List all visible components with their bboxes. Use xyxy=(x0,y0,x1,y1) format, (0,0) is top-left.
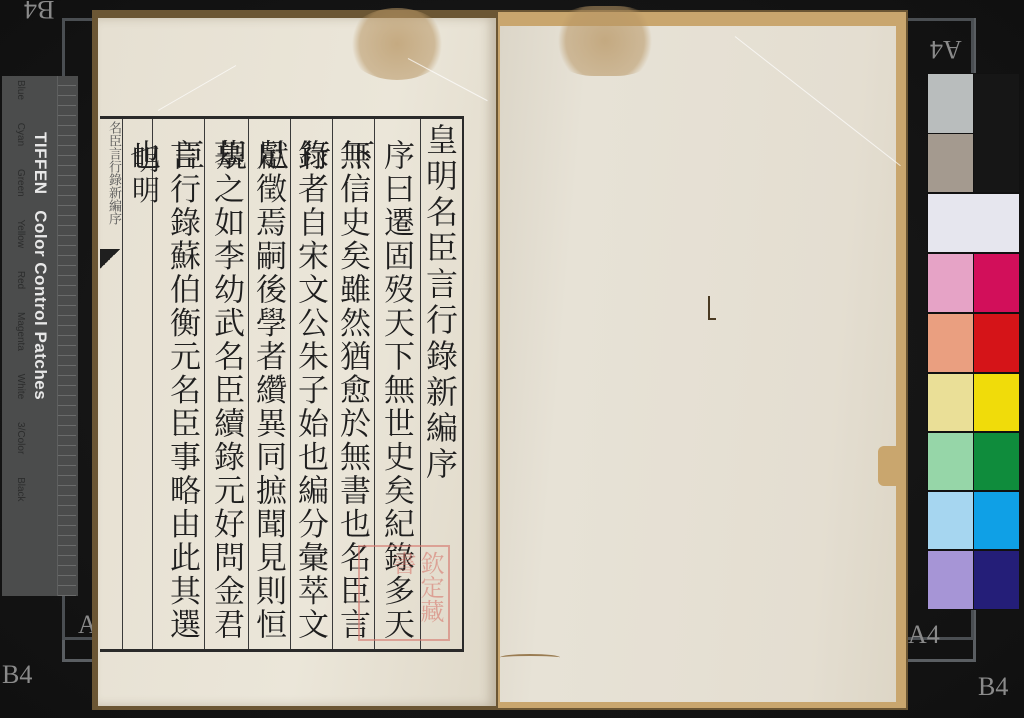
size-mark-bottom-right-a: A4 xyxy=(908,620,940,650)
color-name: Magenta xyxy=(15,312,26,351)
patch-lavender xyxy=(927,550,974,610)
right-page xyxy=(498,12,906,708)
size-mark-top-left: B4 xyxy=(24,0,54,24)
patch-white xyxy=(927,193,1020,253)
corner-fold-crease xyxy=(158,65,236,111)
patch-green xyxy=(973,432,1020,491)
ruler-scale xyxy=(57,76,76,596)
patch-light-gray xyxy=(927,73,974,134)
size-mark-top-right: A4 xyxy=(930,34,962,64)
fishtail-mark xyxy=(100,249,120,269)
color-name: Green xyxy=(15,169,26,197)
edge-damage xyxy=(878,446,896,486)
color-name: White xyxy=(15,374,26,400)
patch-yellow xyxy=(973,373,1020,432)
color-name: Yellow xyxy=(15,220,26,249)
water-stain xyxy=(346,8,448,80)
water-stain xyxy=(550,6,660,76)
color-name: Blue xyxy=(15,80,26,100)
color-name: Cyan xyxy=(15,123,26,146)
text-column-6: 摹之如李幼武名臣續錄元好問金君臣 xyxy=(206,139,246,649)
patch-cyan xyxy=(973,491,1020,550)
patch-navy xyxy=(973,550,1020,610)
tiffen-color-names: Blue Cyan Green Yellow Red Magenta White… xyxy=(15,80,26,522)
text-column-7: 言行錄蘇伯衡元名臣事略由此其選也 xyxy=(162,139,202,649)
patch-red xyxy=(973,313,1020,373)
margin-title: 名臣言行錄新編序 xyxy=(102,121,122,249)
patch-magenta xyxy=(973,253,1020,313)
right-page-sheet xyxy=(500,26,896,702)
tiffen-color-control-strip: TIFFEN Color Control Patches Blue Cyan G… xyxy=(2,76,78,596)
patch-pink xyxy=(927,253,974,313)
color-patch-chart xyxy=(927,73,1020,611)
patch-light-blue xyxy=(927,491,974,550)
tiffen-title: Color Control Patches xyxy=(31,210,50,400)
patch-mint xyxy=(927,432,974,491)
patch-salmon xyxy=(927,313,974,373)
tiffen-brand: TIFFEN xyxy=(31,132,50,195)
color-name: Black xyxy=(15,477,26,501)
edge-tear xyxy=(500,654,560,661)
corner-fold-crease xyxy=(735,36,901,166)
patch-pale-yellow xyxy=(927,373,974,432)
corner-fold-crease xyxy=(408,58,488,101)
patch-warm-gray xyxy=(927,133,974,193)
patch-black xyxy=(973,73,1020,193)
column-rule xyxy=(122,119,123,649)
ink-mark xyxy=(708,296,716,320)
red-collector-seal: 欽定藏書 xyxy=(358,545,450,641)
tiffen-label: TIFFEN Color Control Patches xyxy=(30,132,50,400)
text-column-4: 錄者自宋文公朱子始也編分彙萃文獻 xyxy=(290,139,330,649)
text-column-5: 足徵焉嗣後學者纘異同摭聞見則恒規 xyxy=(248,139,288,649)
preface-title: 皇明名臣言行錄新編序 xyxy=(420,123,460,483)
column-rule xyxy=(204,119,205,649)
size-mark-bottom-left: B4 xyxy=(2,660,32,690)
size-mark-bottom-right-b: B4 xyxy=(978,672,1008,702)
color-name: Red xyxy=(15,271,26,289)
color-name: 3/Color xyxy=(15,422,26,454)
